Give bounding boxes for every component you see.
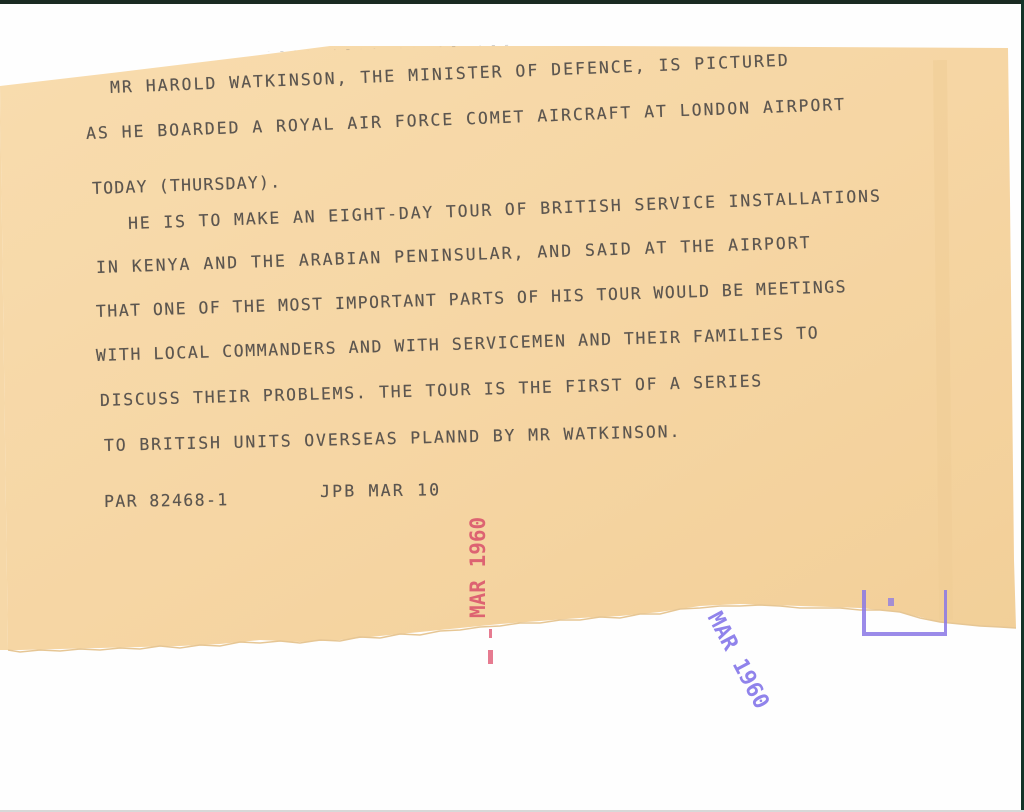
caption-initials-date: JPB MAR 10: [320, 480, 442, 501]
scanned-photo-back: ·-·· ·-·· ·· ·- ·-- MR HAROLD WATKINSON,…: [0, 0, 1024, 812]
red-date-stamp: MAR 1960: [466, 517, 490, 618]
purple-box-stamp: [862, 590, 947, 636]
red-stamp-mark: [489, 629, 492, 638]
red-stamp-mark: [488, 650, 493, 664]
purple-box-stamp-mark: [888, 598, 894, 606]
caption-reference: PAR 82468-1: [104, 490, 229, 511]
